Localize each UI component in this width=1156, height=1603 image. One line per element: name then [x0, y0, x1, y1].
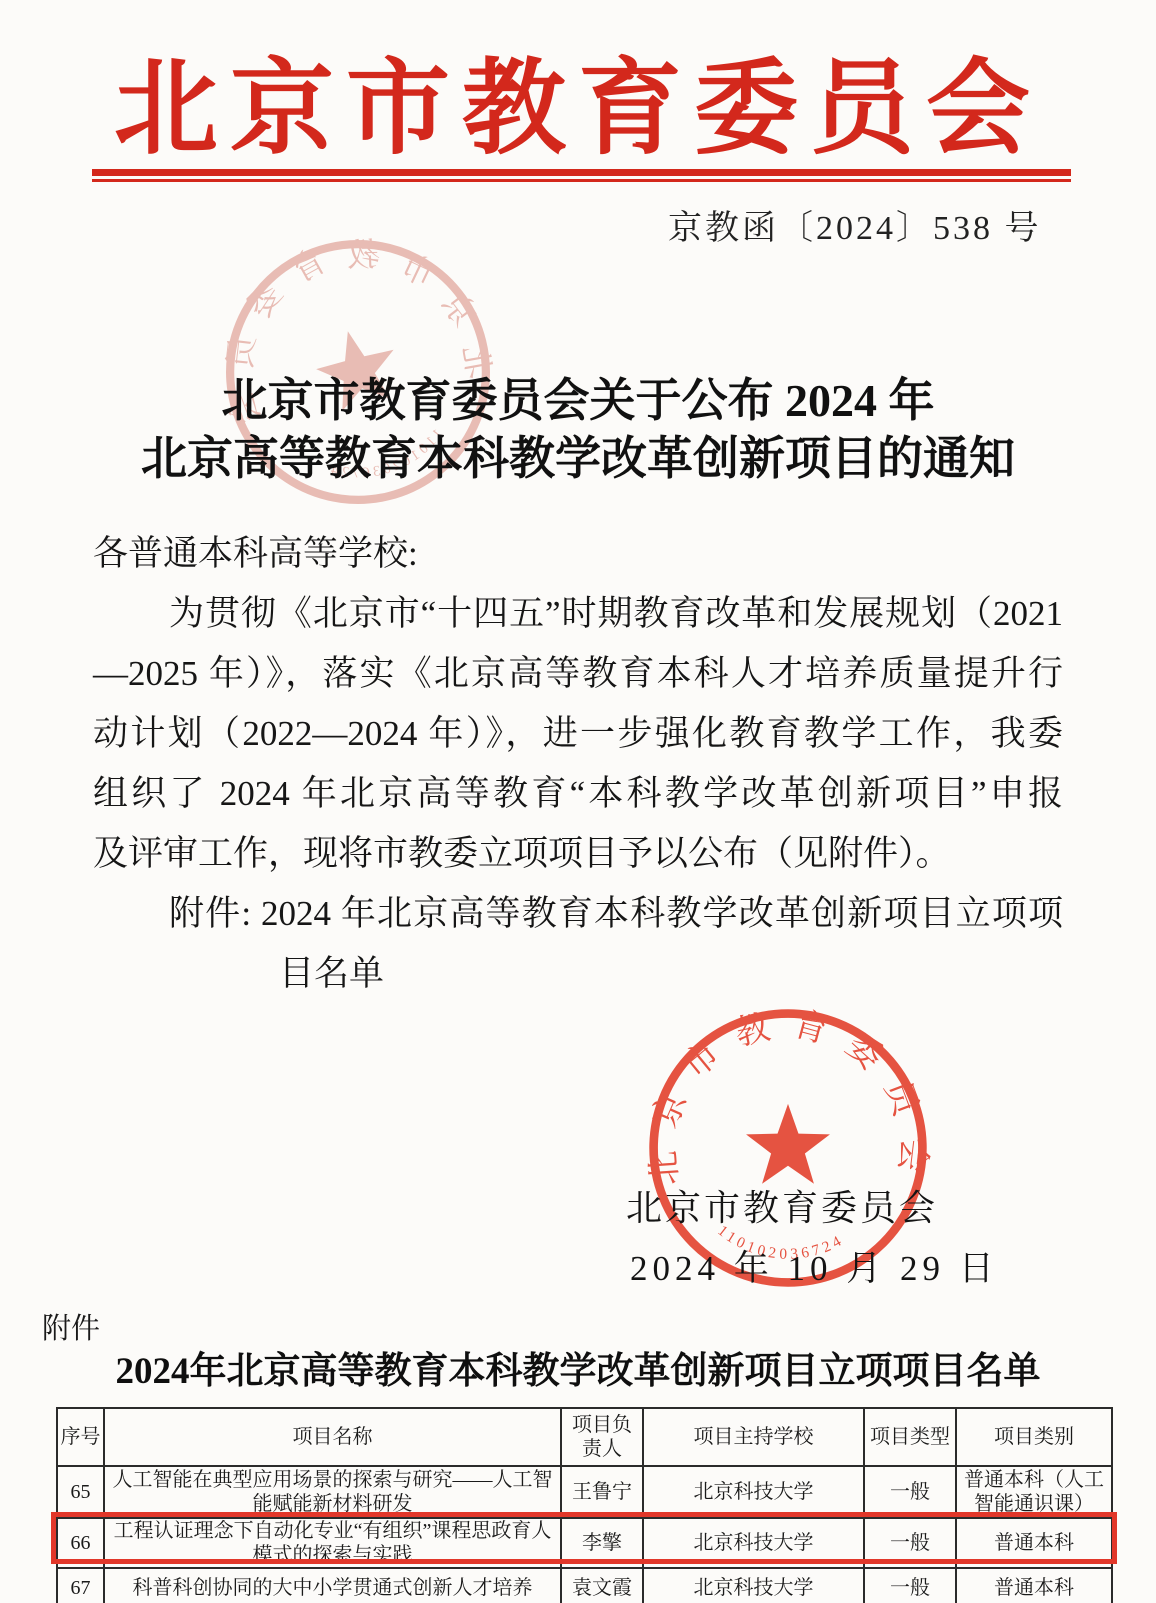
seal-arc-text: 北京市教育委员会 — [644, 1004, 932, 1193]
seal-star-icon — [746, 1104, 830, 1184]
table-cell: 人工智能在典型应用场景的探索与研究——人工智能赋能新材料研发 — [104, 1466, 561, 1518]
row-highlight-box — [51, 1512, 1117, 1564]
body-line: 为贯彻《北京市“十四五”时期教育改革和发展规划（2021 — [93, 584, 1063, 644]
letterhead-org-name: 北京市教育委员会 — [0, 24, 1156, 174]
table-cell: 普通本科 — [956, 1568, 1112, 1603]
table-cell: 北京科技大学 — [643, 1466, 864, 1518]
table-cell: 王鲁宁 — [561, 1466, 643, 1518]
table-row: 65人工智能在典型应用场景的探索与研究——人工智能赋能新材料研发王鲁宁北京科技大… — [57, 1466, 1112, 1518]
table-header-row: 序号项目名称项目负责人项目主持学校项目类型项目类别 — [57, 1408, 1112, 1466]
document-title-line2: 北京高等教育本科教学改革创新项目的通知 — [0, 430, 1156, 488]
body-line: 及评审工作，现将市教委立项项目予以公布（见附件）。 — [93, 824, 1063, 884]
table-cell: 一般 — [864, 1568, 956, 1603]
body-line: 目名单 — [93, 944, 1063, 1004]
body-line: 动计划（2022—2024 年）》，进一步强化教育教学工作，我委 — [93, 704, 1063, 764]
table-cell: 袁文霞 — [561, 1568, 643, 1603]
table-cell: 65 — [57, 1466, 104, 1518]
document-title-line1: 北京市教育委员会关于公布 2024 年 — [0, 372, 1156, 430]
body-line: 组织了 2024 年北京高等教育“本科教学改革创新项目”申报 — [93, 764, 1063, 824]
document-number: 京教函〔2024〕538 号 — [668, 200, 1042, 249]
document-title: 北京市教育委员会关于公布 2024 年 北京高等教育本科教学改革创新项目的通知 — [0, 372, 1156, 488]
letterhead-rule-thin — [92, 179, 1071, 182]
attachment-table-title: 2024年北京高等教育本科教学改革创新项目立项项目名单 — [0, 1340, 1156, 1394]
signature-org: 北京市教育委员会 — [626, 1180, 938, 1231]
table-header-cell: 项目主持学校 — [643, 1408, 864, 1466]
table-cell: 科普科创协同的大中小学贯通式创新人才培养 — [104, 1568, 561, 1603]
table-cell: 一般 — [864, 1466, 956, 1518]
document-page: 北京市教育委员会 京教函〔2024〕538 号 北京市教育委员会 1101020… — [0, 0, 1156, 1603]
table-header-cell: 项目类别 — [956, 1408, 1112, 1466]
body-line: —2025 年）》，落实《北京高等教育本科人才培养质量提升行 — [93, 644, 1063, 704]
signature-date: 2024 年 10 月 29 日 — [630, 1241, 999, 1291]
table-cell: 67 — [57, 1568, 104, 1603]
table-header-cell: 序号 — [57, 1408, 104, 1466]
table-header-cell: 项目负责人 — [561, 1408, 643, 1466]
body-text: 各普通本科高等学校:为贯彻《北京市“十四五”时期教育改革和发展规划（2021—2… — [93, 524, 1063, 1004]
svg-text:北京市教育委员会: 北京市教育委员会 — [644, 1004, 932, 1193]
table-header-cell: 项目类型 — [864, 1408, 956, 1466]
body-line: 附件: 2024 年北京高等教育本科教学改革创新项目立项项 — [93, 884, 1063, 944]
table-cell: 普通本科（人工智能通识课） — [956, 1466, 1112, 1518]
table-header-cell: 项目名称 — [104, 1408, 561, 1466]
table-row: 67科普科创协同的大中小学贯通式创新人才培养袁文霞北京科技大学一般普通本科 — [57, 1568, 1112, 1603]
body-line: 各普通本科高等学校: — [93, 524, 1063, 584]
letterhead-rule-thick — [92, 169, 1071, 176]
table-cell: 北京科技大学 — [643, 1568, 864, 1603]
project-table: 序号项目名称项目负责人项目主持学校项目类型项目类别65人工智能在典型应用场景的探… — [56, 1407, 1113, 1603]
